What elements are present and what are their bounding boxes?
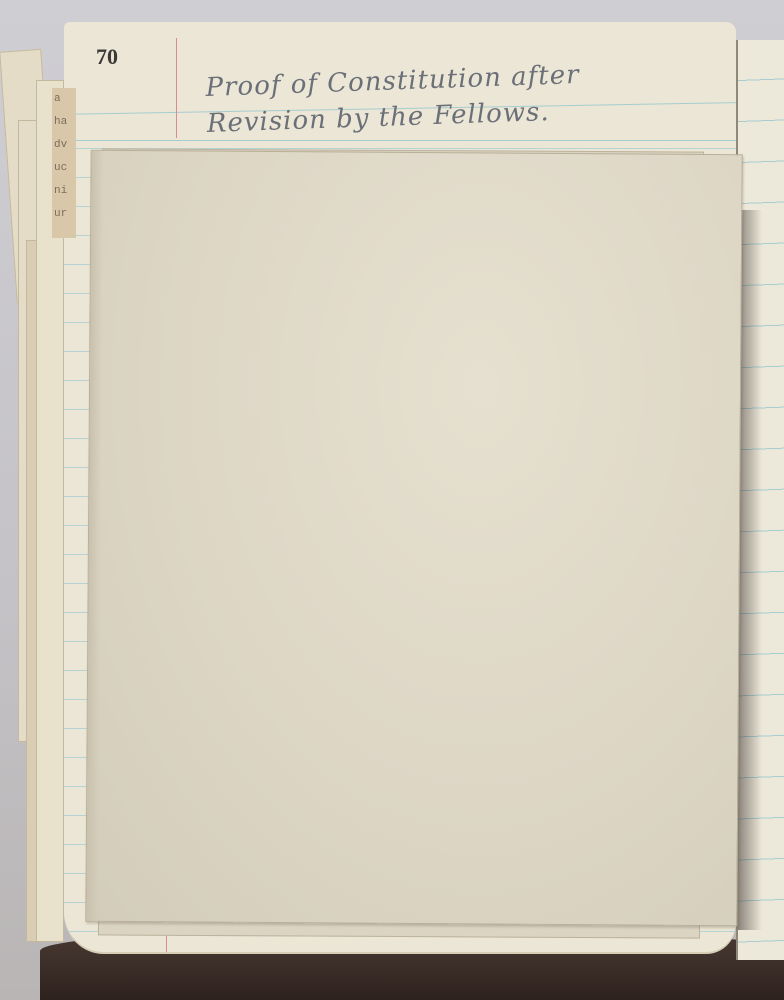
right-page-shadow xyxy=(738,210,762,930)
scrap-fragment: ha xyxy=(54,111,76,134)
sheet-edge-shading xyxy=(86,151,103,921)
scrap-fragment: uc xyxy=(54,157,76,180)
margin-line xyxy=(176,38,177,138)
page-number: 70 xyxy=(96,44,118,70)
torn-printed-scrap: a ha dv uc ni ur xyxy=(52,88,76,238)
inserted-printed-sheet xyxy=(85,150,742,927)
scrap-fragment: dv xyxy=(54,134,76,157)
scrap-fragment: ni xyxy=(54,180,76,203)
scrap-fragment: ur xyxy=(54,203,76,226)
rule-line xyxy=(64,140,736,141)
scrap-fragment: a xyxy=(54,88,76,111)
